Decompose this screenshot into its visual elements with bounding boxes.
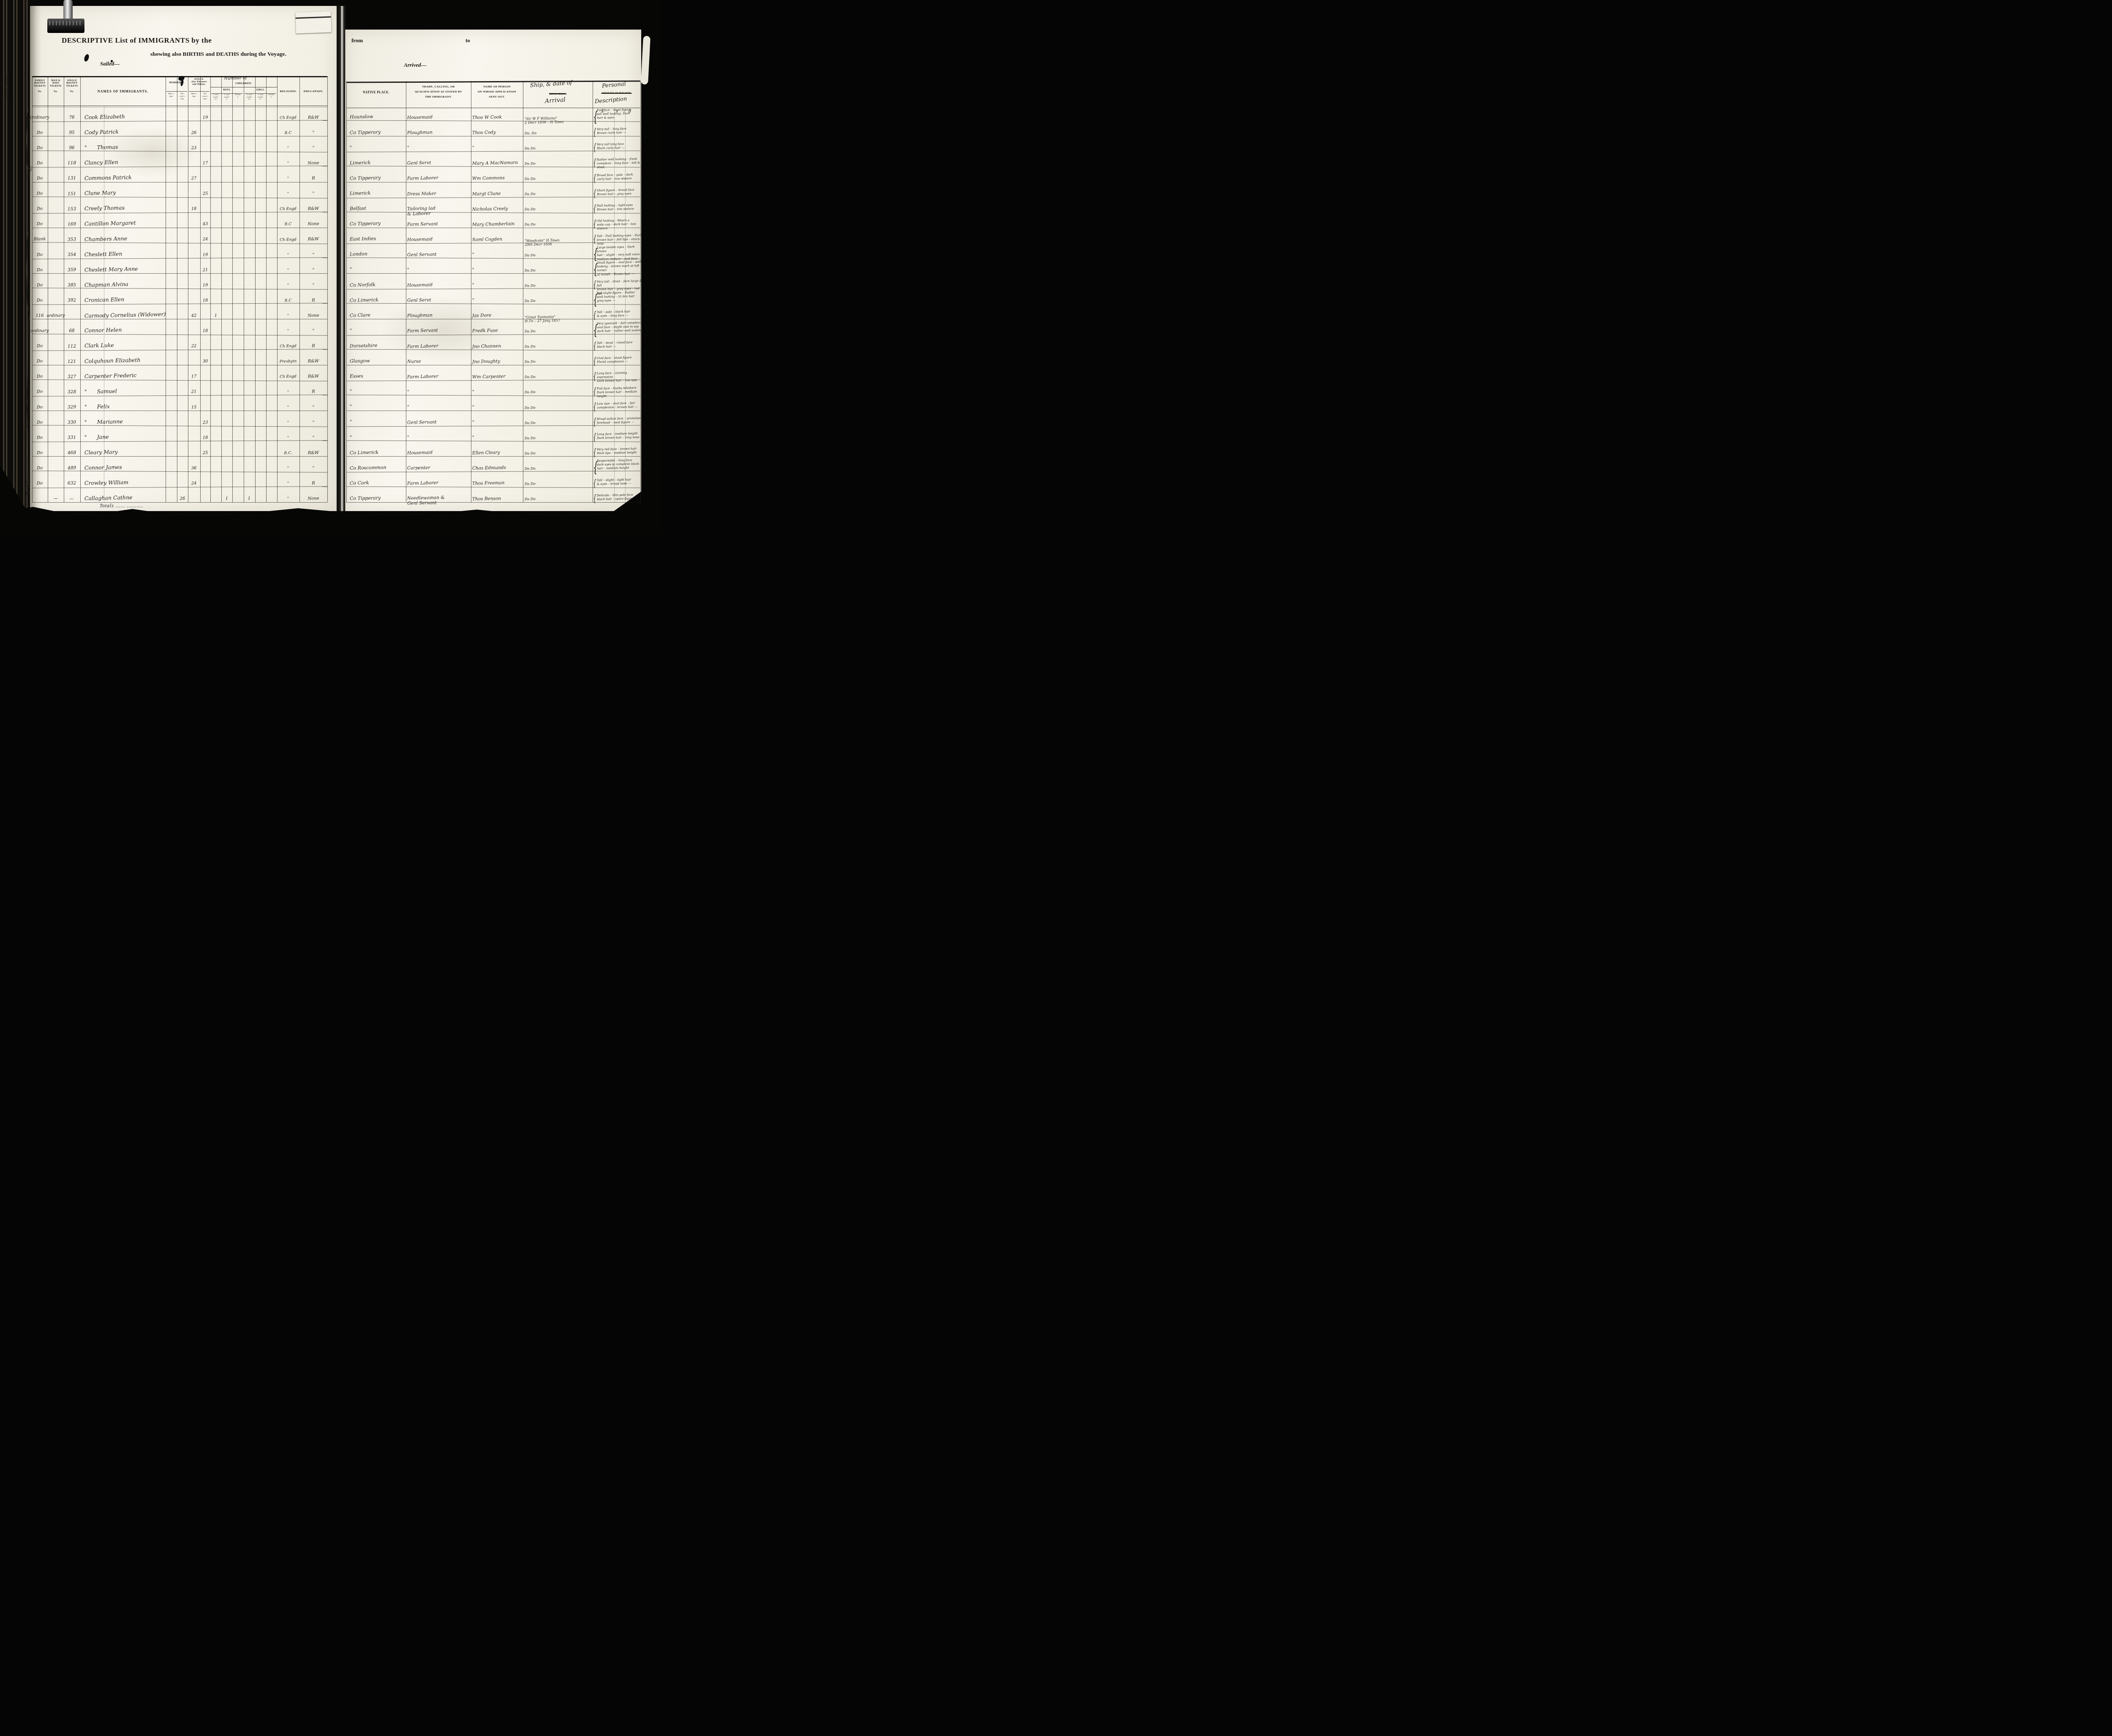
cell-nat: London (350, 252, 367, 258)
cell-desc: Oval face – stout figure Florid complexi… (597, 356, 643, 365)
desc-brace-icon: { (593, 310, 596, 321)
cell-ap: Saml Cogden (472, 237, 502, 242)
cell-tr: Farm Servant (407, 328, 438, 334)
cell-tr: Genl Servt (407, 298, 431, 303)
cell-sh: Do Do (525, 482, 536, 486)
cell-f: Do (37, 191, 43, 196)
cell-swa: 30 (203, 359, 208, 364)
cell-desc: Long face – cunning expression Dark brow… (597, 371, 644, 384)
column-rule (210, 76, 211, 502)
cell-sh: Do Do (525, 390, 536, 395)
cell-sh: Do Do (525, 268, 536, 272)
cell-ap: " (472, 252, 474, 257)
cell-ap: " (472, 283, 474, 288)
column-rule (166, 76, 166, 502)
cell-edu: " (313, 466, 315, 471)
cell-n: Creely Thomas (84, 205, 125, 212)
desc-brace-icon: { (593, 356, 596, 367)
cell-edu: None (308, 313, 319, 318)
cell-edu: R&W (308, 115, 319, 120)
cell-ap: Thos Benson (472, 496, 501, 501)
cell-nat: " (350, 419, 352, 425)
cell-s: 359 (68, 267, 76, 272)
cell-b1: 1 (215, 313, 218, 318)
cell-n: Cheslett Ellen (84, 251, 122, 258)
cell-ap: Thos Freeman (472, 481, 505, 487)
cell-tr: Ploughman (407, 313, 433, 318)
cell-w: — (54, 496, 58, 501)
cell-nat: " (350, 435, 352, 441)
cell-edu: R (312, 298, 315, 303)
cell-ap: Mary Chamberlain (472, 221, 514, 227)
cell-s: 354 (68, 252, 76, 257)
cell-f: Do (37, 222, 43, 227)
cell-edu: R (312, 389, 315, 395)
cell-edu: R (312, 481, 315, 486)
cell-rel: Ch Engd (280, 207, 297, 212)
cell-nat: " (350, 389, 352, 395)
cell-rel: " (287, 283, 289, 288)
cell-ap: Wm Commons (472, 176, 505, 182)
col-boys-u1: Under 1. (232, 94, 244, 98)
cell-n: Crowley William (84, 479, 128, 487)
cell-n: Cleary Mary (84, 449, 118, 456)
cell-edu: " (313, 146, 315, 151)
cell-desc: Broad face – pale – dark curly hair – lo… (597, 172, 643, 181)
cell-tr: " (407, 145, 409, 150)
cell-n: Connor James (84, 464, 122, 471)
row-rule (32, 228, 327, 228)
cell-nat: Co Clare (350, 313, 370, 318)
cell-swa: 19 (203, 115, 208, 120)
cell-n: " Thomas (84, 144, 118, 151)
cell-s: 468 (68, 450, 76, 455)
cell-s: 328 (68, 389, 76, 395)
cell-swa: 18 (203, 298, 208, 303)
cell-n: Chambers Anne (84, 235, 127, 242)
cell-desc: Long face – medium height Dark brown hai… (597, 432, 643, 441)
cell-sma: 24 (191, 481, 197, 486)
cell-rel: " (287, 253, 289, 257)
row-rule (32, 502, 327, 503)
cell-f: Do (37, 481, 43, 486)
cell-s: 151 (68, 191, 76, 196)
column-rule (188, 76, 188, 502)
cell-tr: Housemaid (407, 237, 433, 242)
cell-sh: Do Do (525, 375, 536, 379)
cell-edu: " (313, 283, 315, 288)
cell-g1: 1 (248, 496, 251, 501)
column-rule (327, 76, 328, 502)
cell-ap: " (472, 298, 474, 303)
cell-rel: Presbytn (280, 359, 297, 364)
cell-sma: 42 (191, 313, 197, 318)
sailed-label: Sailed— (100, 60, 120, 67)
desc-brace-icon: { (593, 417, 596, 427)
cell-ap: Ellen Cleary (472, 450, 500, 456)
header-bottom-rule (32, 107, 327, 107)
cell-edu: R&W (308, 207, 319, 212)
cell-tr: Needlewoman & Genl Servant (407, 495, 445, 506)
cell-rel: " (287, 314, 289, 318)
cell-f: Do (37, 405, 43, 410)
cell-s: 329 (68, 405, 76, 410)
cell-s: 385 (68, 283, 76, 288)
cell-edu: " (313, 329, 315, 334)
last-row-mark-top: 4 (25, 480, 30, 486)
cell-ap: Thos W Cook (472, 114, 502, 120)
cell-desc: Tall – stout – round face black hair — (597, 340, 643, 349)
cell-f: ordinary (30, 329, 49, 334)
cell-sma: 26 (191, 131, 197, 136)
margin-brace-icon (24, 108, 30, 171)
cell-swa: 25 (203, 191, 208, 196)
cell-rel: " (287, 192, 289, 196)
cell-desc: Very tall – long face Brown curly hair — (597, 127, 643, 136)
cell-sh: Do Do (525, 436, 536, 441)
cell-n: Cody Patrick (84, 129, 119, 136)
cell-edu: None (308, 496, 319, 501)
cell-edu: " (313, 252, 315, 257)
cell-f: 116 (35, 313, 44, 318)
cell-edu: R&W (308, 359, 319, 364)
cell-s: 118 (68, 161, 76, 166)
cell-ap: Fredk Fuse (472, 328, 498, 334)
cell-s: 331 (68, 435, 76, 440)
cell-sh: Do Do (525, 452, 536, 456)
cell-swa: 17 (203, 161, 208, 166)
page-subtitle: showing also BIRTHS and DEATHS during th… (150, 51, 286, 57)
desc-brace-icon: { (593, 280, 596, 290)
cell-rel: " (287, 466, 289, 471)
cell-sma: 36 (191, 466, 197, 471)
cell-sh: Do Do (525, 360, 536, 364)
cell-rel: " (287, 436, 289, 440)
cell-desc: Respectable – long face dark eyes & comp… (597, 458, 644, 471)
cell-f: Do (37, 359, 43, 364)
cell-tr: Farm Laborer (407, 176, 438, 182)
cell-s: 131 (68, 176, 76, 181)
girls-rule (245, 93, 276, 94)
cell-desc: Full face – stout figure tall well looki… (597, 107, 644, 120)
col-man-wife-tickets: MAN & WIFE TICKETS No. (48, 79, 64, 93)
cell-s: 353 (68, 237, 76, 242)
cell-ap: Thos Cody (472, 130, 496, 136)
remarks-hw-arrival: Arrival (545, 96, 566, 104)
cell-n: " Felix (84, 403, 110, 410)
cell-s: 95 (69, 130, 75, 135)
cell-rel: Ch Engd (280, 375, 297, 379)
cell-sma: 21 (191, 389, 197, 395)
cell-s: 330 (68, 420, 76, 425)
cell-n: " Jane (84, 434, 109, 441)
col-family-tickets: FAMILY BOUNTY TICKETS No. (32, 79, 48, 93)
desc-brace-icon: { (593, 188, 596, 199)
cell-s: 68 (69, 328, 75, 333)
cell-ap: " (472, 389, 474, 395)
desc-brace-icon: { (593, 478, 596, 489)
cell-rel: R.C (285, 131, 292, 136)
cell-edu: " (313, 268, 315, 273)
col-girls-3-12: 3 and under 12. (244, 94, 255, 101)
cell-nat: Essex (350, 374, 363, 379)
cell-tr: Nurse (407, 359, 421, 364)
col-education: EDUCATION. (299, 90, 327, 93)
cell-swa: 18 (203, 329, 208, 334)
cell-n: " Samuel (84, 388, 117, 395)
cell-tr: Farm Laborer (407, 481, 438, 487)
col-remarks-struck: REMARKS. (523, 92, 593, 95)
cell-swa: 43 (203, 222, 208, 227)
cell-f: Ordinary (30, 115, 49, 120)
cell-f: Do (37, 344, 43, 349)
cell-ap: Margt Clune (472, 191, 501, 196)
cell-edu: R (312, 344, 315, 349)
cell-edu: R&W (308, 374, 319, 379)
cell-nat: East Indies (350, 237, 376, 242)
cell-sh: Do Do (525, 284, 536, 288)
cell-f: Do (37, 252, 43, 257)
desc-brace-icon: { (593, 142, 596, 153)
binder-clip-teeth (49, 21, 83, 25)
cell-ap: " (472, 435, 474, 440)
cell-nat: Co Tipperary (350, 221, 381, 227)
cell-desc: Tall – slight – light hair & eyes – broa… (597, 477, 643, 486)
cell-sma: 18 (191, 207, 197, 212)
cell-desc: Delicate – thin pale face black hair – s… (597, 493, 643, 501)
cell-rel: " (287, 161, 289, 166)
cell-rel: Ch Engd (280, 115, 297, 120)
cell-desc: Dull looking – light eyes Brown hair – l… (597, 203, 643, 212)
row-rule (32, 365, 327, 365)
cell-desc: Very red face – brown hair thick lips – … (597, 447, 643, 456)
cell-sma: 27 (191, 176, 197, 181)
cell-tr: Tailoring lad & Laborer (407, 206, 436, 217)
cell-sh: Do Do (525, 253, 536, 257)
cell-tr: Carpenter (407, 465, 430, 471)
cell-nat: Co Tipperary (350, 175, 381, 181)
cell-n: Cook Elizabeth (84, 114, 125, 120)
cell-nat: Co Limerick (350, 450, 378, 456)
cell-nat: " (350, 404, 352, 410)
cell-edu: " (313, 420, 315, 425)
cell-tr: " (407, 405, 409, 410)
cell-ap: Chas Edmunds (472, 465, 506, 471)
cell-edu: " (313, 405, 315, 410)
cell-s: 632 (68, 481, 76, 486)
cell-w: ordinary (46, 313, 65, 318)
col-single-tickets: SINGLE BOUNTY TICKETS No. (64, 79, 80, 93)
cell-ap: " (472, 420, 474, 425)
column-rule (346, 81, 347, 502)
cell-nat: Limerick (350, 160, 371, 166)
cell-n: " Marianne (84, 419, 123, 425)
cell-n: Cheslett Mary Anne (84, 266, 138, 273)
cell-sh: Do Do (525, 345, 536, 349)
desc-brace-icon: { (593, 219, 596, 229)
cell-sh: Do Do (525, 329, 536, 334)
cell-rel: " (287, 405, 289, 410)
cell-s: 96 (69, 145, 75, 150)
cell-s: 121 (68, 359, 76, 364)
cell-nat: " (350, 328, 352, 334)
desc-brace-icon: { (593, 234, 596, 245)
cell-ap: Wm Carpenter (472, 374, 506, 380)
header-bottom-rule (32, 106, 327, 106)
cell-desc: Small figure – oval face – well looking … (597, 260, 644, 276)
cell-sma: 15 (191, 405, 197, 410)
cell-f: Do (37, 435, 43, 441)
cell-s: 327 (68, 374, 76, 379)
cell-desc: Full face – bushy whiskers Dark brown ha… (597, 386, 644, 399)
cell-desc: Old looking – Wears a wide cap – dark ha… (597, 218, 644, 231)
cell-tr: " (407, 389, 409, 395)
cell-wa: 26 (180, 496, 185, 501)
cell-desc: Very ignorant – fair complexn oval face … (597, 321, 644, 334)
boys-rule (211, 93, 242, 94)
cell-s: 392 (68, 298, 76, 303)
cell-edu: R&W (308, 237, 319, 242)
cell-b2: 1 (226, 496, 229, 501)
desc-brace-icon: { (593, 204, 596, 214)
row-rule (32, 456, 327, 457)
cell-n: Connor Helen (84, 327, 122, 334)
cell-f: Do (37, 207, 43, 212)
cell-ap: " (472, 145, 474, 150)
cell-f: Do (37, 267, 43, 272)
paper-tab (295, 11, 332, 34)
cell-s: 112 (68, 343, 76, 348)
col-native-place: NATIVE PLACE. (346, 91, 406, 95)
cell-sh: Do Do (525, 162, 536, 166)
cell-nat: Belfast (350, 206, 366, 212)
desc-brace-icon: { (593, 127, 596, 138)
cell-nat: Co Norfolk (350, 282, 376, 288)
cell-f: Do (37, 466, 43, 471)
desc-brace-icon: { (593, 386, 596, 397)
cell-edu: " (313, 435, 315, 441)
cell-n: Cronican Ellen (84, 297, 124, 303)
cell-rel: " (287, 497, 289, 501)
cell-ap: Jas Dore (472, 313, 491, 318)
cell-sma: 22 (191, 344, 197, 349)
cell-f: Do (37, 176, 43, 181)
cell-f: Do (37, 298, 43, 303)
cell-edu: " (313, 191, 315, 196)
cell-sh: Do Do (525, 207, 536, 212)
cell-nat: Co Roscommon (350, 465, 386, 471)
cell-n: Callaghan Cathne (84, 495, 133, 502)
cell-nat: Hounslow (350, 114, 373, 120)
cell-swa: 23 (203, 420, 208, 425)
cell-n: Commons Patrick (84, 174, 132, 182)
page-gutter (336, 6, 346, 511)
column-rule (64, 76, 64, 502)
cell-ap: Jno Doughty (472, 359, 500, 364)
cell-f: Do (37, 420, 43, 425)
cell-f: Do (37, 131, 43, 136)
cell-sma: 23 (191, 146, 197, 151)
cell-sh: "Great Tasmania" H.Tn – 27 Jany 1857 (525, 315, 561, 324)
cell-edu: None (308, 222, 319, 227)
cell-tr: " (407, 435, 409, 440)
children-rule (210, 87, 277, 87)
cell-swa: 24 (203, 237, 208, 242)
cell-ap: " (472, 267, 474, 272)
cell-desc: Tall – Dull looking eyes – Dark brown ha… (597, 234, 644, 246)
cell-edu: " (313, 131, 315, 136)
col-mans-age: Man's Age. (166, 93, 177, 98)
col-girls-1-3: 1 and under 3. (255, 94, 266, 101)
column-rule (177, 76, 177, 502)
cell-f: Blank (33, 237, 46, 242)
from-label: from (351, 37, 363, 44)
col-mans-age-single: Man's Age. (188, 93, 200, 98)
cell-s: 169 (68, 222, 76, 227)
cell-swa: 19 (203, 252, 208, 257)
book-number-note: No of Book. (4, 37, 10, 101)
cell-sh: Do Do (525, 421, 536, 425)
cell-nat: Co Cork (350, 480, 369, 486)
cell-rel: " (287, 268, 289, 272)
cell-swa: 25 (203, 451, 208, 456)
cell-rel: Ch Engd (280, 344, 297, 349)
cell-ap: " (472, 405, 474, 410)
cell-rel: " (287, 390, 289, 395)
row-rule (32, 136, 327, 136)
col-names: NAMES OF IMMIGRANTS. (80, 90, 166, 93)
column-rule (200, 76, 201, 502)
cell-f: Do (37, 374, 43, 379)
ledger-scan: DESCRIPTIVE List of IMMIGRANTS by the sh… (0, 0, 662, 534)
cell-tr: Genl Servant (407, 252, 437, 258)
cell-n: Clark Luke (84, 343, 114, 349)
cell-f: Do (37, 161, 43, 166)
cell-sh: Do Do (525, 405, 536, 410)
col-girls-u1: Under 1. (266, 94, 277, 98)
desc-brace-icon: { (593, 432, 596, 443)
cell-rel: " (287, 177, 289, 181)
col-boys-3-12: 3 and under 12. (210, 94, 221, 101)
desc-brace-icon: { (593, 447, 596, 458)
cell-tr: Farm Servant (407, 221, 438, 227)
col-bounty-struck: AMOUNT OF BOUNTY. (593, 92, 640, 95)
cell-sh: "Sir W F Williams" 2 Decr 1856 – H Town (525, 116, 564, 125)
column-rule (523, 81, 523, 502)
col-applicant: NAME OF PERSON ON WHOSE APPLICATION SENT… (471, 84, 523, 100)
cell-s: — (70, 496, 74, 501)
cell-desc: Very tall long face Black curly hair — (597, 142, 643, 151)
totals-label: Totals ...... .......... (100, 503, 143, 509)
paper-tab-line (296, 16, 331, 19)
cell-s: 76 (69, 115, 75, 120)
column-rule (471, 81, 471, 502)
desc-brace-icon: { (593, 493, 596, 504)
cell-rel: R.C (285, 299, 292, 303)
col-womans-age-single: Wo- man's Age. (200, 93, 210, 100)
cell-f: Do (37, 389, 43, 395)
cell-sh: "Woodcote" H.Town 29th Decr 1856 (525, 238, 560, 247)
cell-edu: R (312, 176, 315, 181)
page-title: DESCRIPTIVE List of IMMIGRANTS by the (62, 36, 212, 45)
cell-sh: Do Do (525, 497, 536, 501)
cell-tr: Genl Servt (407, 161, 431, 166)
cell-rel: " (287, 482, 289, 486)
cell-sh: Do Do (525, 467, 536, 471)
row-rule (32, 182, 327, 182)
married-rule (166, 91, 187, 92)
cell-rel: " (287, 329, 289, 333)
